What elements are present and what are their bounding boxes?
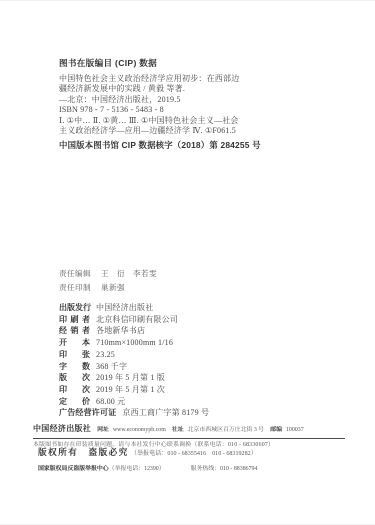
address-value: 北京市西城区百万庄北街 3 号 [188,427,265,433]
row-value: 23.25 [96,350,115,359]
agency-phone: （举报电话：12390） [109,466,165,472]
report-phones: （举报电话：010 - 68355416 010 - 68319282） [131,451,257,457]
publishing-row-edition: 版次2019 年 5 月第 1 版 [59,372,209,384]
cip-classification-line: 主义政治经济学—应用—边疆经济学 Ⅳ. ①F061.5 [59,126,327,136]
publishing-row-distributor: 经销者各地新华书店 [59,325,209,337]
cip-title-line: 疆经济新发展中的实践 / 黄毅 等著. [59,84,327,94]
editor-label: 责任编辑 [59,269,91,278]
row-label: 版次 [59,372,90,384]
row-label: 印次 [59,384,90,396]
publishing-row-publisher: 出版发行中国经济出版社 [59,302,209,314]
publisher-name: 中国经济出版社 [33,424,91,433]
row-label: 印张 [59,349,90,361]
book-copyright-page: 图书在版编目 (CIP) 数据 中国特色社会主义政治经济学应用初步：在西部边 疆… [0,0,375,525]
cip-title-line: 中国特色社会主义政治经济学应用初步：在西部边 [59,74,327,84]
cip-classification-line: Ⅰ. ①中… Ⅱ. ①黄… Ⅲ. ①中国特色社会主义—社会 [59,116,327,126]
publishing-row-sheets: 印张23.25 [59,349,209,361]
row-label: 出版发行 [59,302,90,314]
row-label: 印刷者 [59,314,90,326]
service-hotline: 服务热线：010 - 88386794 [191,466,258,472]
row-value: 京西工商广字第 8179 号 [122,408,209,417]
row-label: 字数 [59,361,90,373]
printing-supervisor-label: 责任印制 [59,283,91,292]
copyright-agency-line: 国家版权局反盗版举报中心（举报电话：12390）服务热线：010 - 88386… [38,463,346,472]
editor-names: 王 衍 李若雯 [101,269,157,278]
publisher-contact-line: 中国经济出版社 网址 www.economyph.com 社址 北京市西城区百万… [33,418,349,436]
row-value: 各地新华书店 [96,326,145,335]
staff-row-printing: 责任印制巢新强 [59,281,157,295]
row-value: 北京科信印刷有限公司 [96,315,178,324]
copyright-notice: 版权所有 盗版必究 [38,447,129,457]
row-value: 68.00 元 [96,397,125,406]
row-value: 2019 年 5 月第 1 版 [96,373,165,382]
publishing-row-printer: 印刷者北京科信印刷有限公司 [59,314,209,326]
address-label: 社址 [172,427,184,433]
publishing-info-block: 出版发行中国经济出版社 印刷者北京科信印刷有限公司 经销者各地新华书店 开本71… [59,302,209,419]
agency-name: 国家版权局反盗版举报中心 [38,466,109,472]
cip-block: 图书在版编目 (CIP) 数据 中国特色社会主义政治经济学应用初步：在西部边 疆… [59,57,327,151]
copyright-block: 版权所有 盗版必究（举报电话：010 - 68355416 010 - 6831… [38,442,346,472]
publishing-row-format: 开本710mm×1000mm 1/16 [59,337,209,349]
cip-header: 图书在版编目 (CIP) 数据 [59,57,327,69]
row-label: 定价 [59,396,90,408]
staff-block: 责任编辑王 衍 李若雯 责任印制巢新强 [59,267,157,294]
staff-row-editor: 责任编辑王 衍 李若雯 [59,267,157,281]
cip-registry-number: 中国版本图书馆 CIP 数据核字（2018）第 284255 号 [59,139,327,151]
row-value: 2019 年 5 月第 1 次 [96,385,165,394]
zip-label: 邮编 [270,427,282,433]
publishing-row-wordcount: 字数368 千字 [59,361,209,373]
website-label: 网址 [97,427,109,433]
cip-isbn-line: ISBN 978 - 7 - 5136 - 5483 - 8 [59,105,327,115]
publishing-row-impression: 印次2019 年 5 月第 1 次 [59,384,209,396]
publishing-row-price: 定价68.00 元 [59,396,209,408]
row-value: 368 千字 [96,362,127,371]
zip-value: 100037 [286,427,304,433]
row-value: 710mm×1000mm 1/16 [96,338,173,347]
divider-rule [33,438,345,439]
row-value: 中国经济出版社 [96,303,153,312]
cip-imprint-line: —北京：中国经济出版社，2019.5 [59,95,327,105]
anti-piracy-line: 版权所有 盗版必究（举报电话：010 - 68355416 010 - 6831… [38,442,346,460]
printing-supervisor-name: 巢新强 [101,283,125,292]
row-label: 经销者 [59,325,90,337]
website-url: www.economyph.com [113,427,166,433]
row-label: 开本 [59,337,90,349]
